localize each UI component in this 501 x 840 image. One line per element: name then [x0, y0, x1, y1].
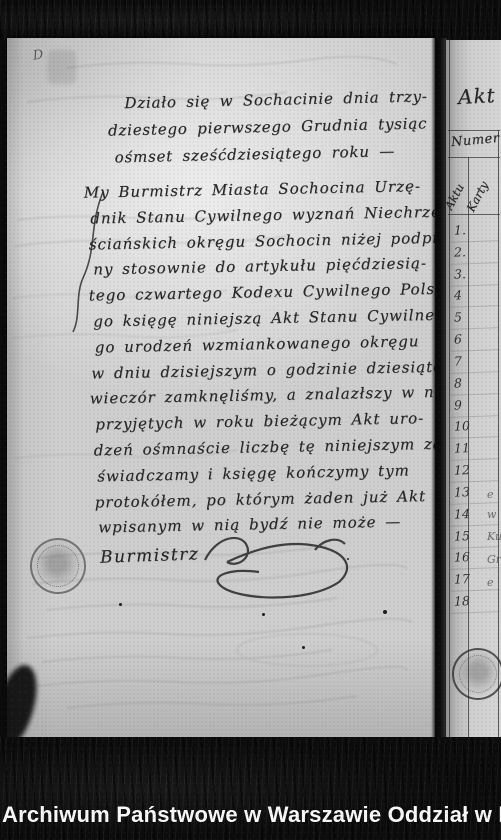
- manuscript-page: D Działo się w Sochacinie dnia trzy- dzi…: [7, 38, 435, 737]
- corner-smudge: [49, 51, 75, 83]
- register-row: 1.: [448, 219, 500, 243]
- register-page: Akt Numer Aktu Karty 1. 2. 3. 4 5 6 7 8 …: [446, 40, 501, 737]
- photo-root: D Działo się w Sochacinie dnia trzy- dzi…: [0, 0, 501, 840]
- register-row: 18: [448, 590, 500, 614]
- register-row: 2.: [448, 241, 500, 265]
- register-row: 9: [448, 394, 500, 418]
- round-stamp-right: [448, 644, 501, 703]
- register-group-header: Numer: [450, 131, 500, 150]
- ink-speck: [347, 558, 349, 560]
- register-row: 3.: [448, 263, 500, 287]
- archive-caption: Archiwum Państwowe w Warszawie Oddział w…: [2, 800, 501, 830]
- karty-fragment: e: [487, 488, 494, 501]
- ink-speck: [119, 603, 122, 606]
- binding-gutter: [431, 38, 447, 737]
- ink-speck: [207, 508, 209, 510]
- register-header: Akt: [457, 83, 496, 109]
- table-hline: [448, 157, 500, 158]
- leather-cover-top: [0, 0, 501, 40]
- register-row: 11: [448, 437, 500, 461]
- corner-mark: D: [32, 47, 44, 63]
- ink-speck: [383, 610, 387, 614]
- register-row: 10: [448, 416, 500, 440]
- karty-fragment: Gr: [487, 553, 501, 566]
- register-row: 7: [448, 350, 500, 374]
- margin-flourish-svg: [69, 186, 109, 336]
- table-hline: [448, 214, 500, 215]
- register-row: 12: [448, 459, 500, 483]
- opening-paragraph: Działo się w Sochacinie dnia trzy- dzies…: [7, 83, 435, 174]
- karty-fragment: w: [487, 508, 496, 521]
- ink-speck: [302, 646, 305, 649]
- ink-speck: [262, 613, 265, 616]
- signature-flourish-svg: [195, 526, 373, 618]
- register-row: 6: [448, 328, 500, 352]
- register-row: 8: [448, 372, 500, 396]
- karty-fragment: Ku: [487, 530, 501, 543]
- signature-title: Burmistrz: [100, 544, 200, 567]
- register-row: 5: [448, 306, 500, 330]
- karty-fragment: e: [487, 576, 494, 589]
- register-row: 4: [448, 285, 500, 309]
